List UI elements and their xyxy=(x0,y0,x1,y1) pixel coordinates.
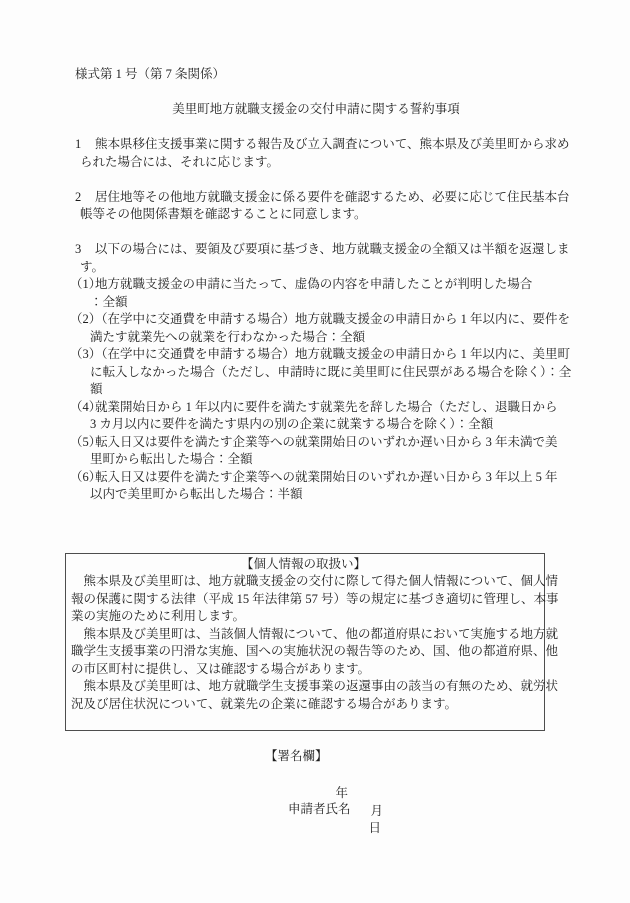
signature-section-heading: 【署名欄】 xyxy=(265,748,610,766)
clause-3-text: 以下の場合には、要領及び要項に基づき、地方就職支援金の全額又は半額を返還しま xyxy=(95,241,570,259)
applicant-name-label: 申請者氏名 xyxy=(288,801,610,819)
return-case-5-text-continued: 里町から転出した場合：全額 xyxy=(90,451,610,469)
clause-1-text: 熊本県移住支援事業に関する報告及び立入調査について、熊本県及び美里町から求め xyxy=(95,136,570,154)
clause-1-number: 1 xyxy=(75,136,95,154)
clause-2-text-continued: 帳等その他関係書類を確認することに同意します。 xyxy=(80,206,610,224)
clause-1-text-continued: られた場合には、それに応じます。 xyxy=(80,154,610,172)
form-number-label: 様式第 1 号（第 7 条関係） xyxy=(75,66,610,84)
return-case-3-number: （3） xyxy=(70,346,95,364)
return-case-3: （3） （在学中に交通費を申請する場合）地方就職支援金の申請日から 1 年以内に… xyxy=(70,346,610,364)
return-case-2: （2） （在学中に交通費を申請する場合）地方就職支援金の申請日から 1 年以内に… xyxy=(70,311,610,329)
return-case-2-text: （在学中に交通費を申請する場合）地方就職支援金の申請日から 1 年以内に、要件を xyxy=(95,311,570,329)
return-case-2-number: （2） xyxy=(70,311,95,329)
return-case-5: （5） 転入日又は要件を満たす企業等への就業開始日のいずれか遅い日から 3 年未… xyxy=(70,434,610,452)
clause-3: 3 以下の場合には、要領及び要項に基づき、地方就職支援金の全額又は半額を返還しま xyxy=(75,241,610,259)
date-day-label: 日 xyxy=(369,821,382,835)
date-year-label: 年 xyxy=(336,786,349,800)
privacy-box-line-3: 業の実施のために利用します。 xyxy=(71,608,536,626)
return-case-6: （6） 転入日又は要件を満たす企業等への就業開始日のいずれか遅い日から 3 年以… xyxy=(70,469,610,487)
return-case-1-text-continued: ：全額 xyxy=(90,294,610,312)
return-case-3-text: （在学中に交通費を申請する場合）地方就職支援金の申請日から 1 年以内に、美里町 xyxy=(95,346,570,364)
document-title: 美里町地方就職支援金の交付申請に関する誓約事項 xyxy=(75,101,557,119)
return-case-4-text: 就業開始日から 1 年以内に要件を満たす就業先を辞した場合（ただし、退職日から xyxy=(95,399,558,417)
clause-2: 2 居住地等その他地方就職支援金に係る要件を確認するため、必要に応じて住民基本台 xyxy=(75,189,610,207)
privacy-box-line-5: 職学生支援事業の円滑な実施、国への実施状況の報告等のため、国、他の都道府県、他 xyxy=(71,643,536,661)
return-case-4-number: （4） xyxy=(70,399,95,417)
privacy-box-line-4: 熊本県及び美里町は、当該個人情報について、他の都道府県において実施する地方就 xyxy=(71,626,536,644)
return-case-6-text-continued: 以内で美里町から転出した場合：半額 xyxy=(90,486,610,504)
return-case-5-number: （5） xyxy=(70,434,95,452)
return-case-4-text-continued: 3 カ月以内に要件を満たす県内の別の企業に就業する場合を除く）：全額 xyxy=(90,416,610,434)
document-page: 様式第 1 号（第 7 条関係） 美里町地方就職支援金の交付申請に関する誓約事項… xyxy=(0,0,630,903)
return-case-5-text: 転入日又は要件を満たす企業等への就業開始日のいずれか遅い日から 3 年未満で美 xyxy=(95,434,558,452)
privacy-box-line-7: 熊本県及び美里町は、地方就職学生支援事業の返還事由の該当の有無のため、就労状 xyxy=(71,678,536,696)
return-case-1-text: 地方就職支援金の申請に当たって、虚偽の内容を申請したことが判明した場合 xyxy=(95,276,532,294)
return-case-2-text-continued: 満たす就業先への就業を行わなかった場合：全額 xyxy=(90,329,610,347)
return-case-3-text-continued-2: 額 xyxy=(90,381,610,399)
signature-date-line: 年 月 日 xyxy=(323,768,610,786)
clause-2-text: 居住地等その他地方就職支援金に係る要件を確認するため、必要に応じて住民基本台 xyxy=(95,189,570,207)
return-case-3-text-continued: に転入しなかった場合（ただし、申請時に既に美里町に住民票がある場合を除く）：全 xyxy=(90,364,610,382)
date-month-label: 月 xyxy=(371,804,384,818)
privacy-box-line-8: 況及び居住状況について、就業先の企業に確認する場合があります。 xyxy=(71,696,536,714)
return-case-1-number: （1） xyxy=(70,276,95,294)
privacy-box-heading: 【個人情報の取扱い】 xyxy=(71,556,536,574)
return-case-6-text: 転入日又は要件を満たす企業等への就業開始日のいずれか遅い日から 3 年以上 5 … xyxy=(95,469,558,487)
return-case-6-number: （6） xyxy=(70,469,95,487)
return-case-1: （1） 地方就職支援金の申請に当たって、虚偽の内容を申請したことが判明した場合 xyxy=(70,276,610,294)
privacy-box-line-1: 熊本県及び美里町は、地方就職支援金の交付に際して得た個人情報について、個人情 xyxy=(71,573,536,591)
privacy-notice-box: 【個人情報の取扱い】 熊本県及び美里町は、地方就職支援金の交付に際して得た個人情… xyxy=(65,553,545,732)
privacy-box-line-6: の市区町村に提供し、又は確認する場合があります。 xyxy=(71,661,536,679)
clause-2-number: 2 xyxy=(75,189,95,207)
privacy-box-line-2: 報の保護に関する法律（平成 15 年法律第 57 号）等の規定に基づき適切に管理… xyxy=(71,591,536,609)
return-case-4: （4） 就業開始日から 1 年以内に要件を満たす就業先を辞した場合（ただし、退職… xyxy=(70,399,610,417)
clause-3-text-continued: す。 xyxy=(80,259,610,277)
clause-3-number: 3 xyxy=(75,241,95,259)
clause-1: 1 熊本県移住支援事業に関する報告及び立入調査について、熊本県及び美里町から求め xyxy=(75,136,610,154)
